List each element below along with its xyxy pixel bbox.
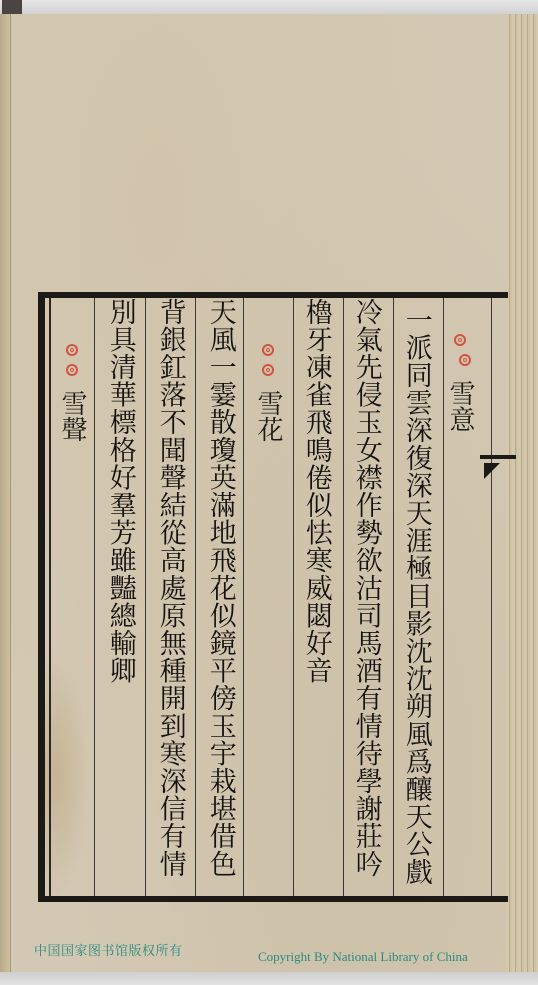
red-circle-icon bbox=[454, 334, 466, 346]
column-rule bbox=[293, 298, 294, 896]
scanner-top-strip bbox=[0, 0, 538, 14]
copyright-cn: 中国国家图书馆版权所有 bbox=[34, 940, 183, 959]
red-circle-marks bbox=[262, 340, 274, 380]
verse-column: 櫓牙凍雀飛鳴倦似怯寒威閟好音 bbox=[296, 298, 336, 684]
column-rule bbox=[94, 298, 95, 896]
title-text: 雪聲 bbox=[57, 390, 87, 442]
verse-column: 一派同雲深復深天涯極目影沈沈朔風爲釀天公戲 bbox=[396, 306, 436, 886]
column-rule bbox=[145, 298, 146, 896]
column-rule bbox=[195, 298, 196, 896]
column-rule bbox=[393, 298, 394, 896]
copyright-en: Copyright By National Library of China bbox=[258, 949, 468, 965]
verse-text: 櫓牙凍雀飛鳴倦似怯寒威閟好音 bbox=[302, 298, 330, 684]
verse-column: 背銀釭落不聞聲結從高處原無種開到寒深信有情 bbox=[150, 298, 190, 878]
verse-text: 背銀釭落不聞聲結從高處原無種開到寒深信有情 bbox=[156, 298, 184, 878]
inner-border-line bbox=[49, 298, 51, 896]
scanner-bottom-strip bbox=[0, 972, 538, 985]
red-circle-icon bbox=[459, 354, 471, 366]
poem-title-xueyi: 雪意 bbox=[440, 330, 480, 432]
fishtail-triangle bbox=[484, 463, 500, 479]
red-circle-icon bbox=[66, 344, 78, 356]
fishtail-marker bbox=[480, 455, 516, 495]
poem-title-xuehua: 雪花 bbox=[248, 340, 288, 442]
column-rule bbox=[243, 298, 244, 896]
verse-text: 冷氣先侵玉女襟作勢欲沽司馬酒有情待學謝莊吟 bbox=[352, 298, 380, 878]
verse-column: 天風一霎散瓊英滿地飛花似鏡平傍玉宇栽堪借色 bbox=[200, 298, 240, 878]
red-circle-icon bbox=[66, 364, 78, 376]
red-circle-marks bbox=[66, 340, 78, 380]
verse-text: 一派同雲深復深天涯極目影沈沈朔風爲釀天公戲 bbox=[402, 306, 430, 886]
left-page-edge bbox=[0, 14, 11, 974]
scanner-corner bbox=[2, 0, 22, 14]
title-text: 雪花 bbox=[253, 390, 283, 442]
verse-column: 別具清華標格好羣芳雖豔總輸卿 bbox=[100, 298, 140, 684]
poem-title-xuesheng: 雪聲 bbox=[52, 340, 92, 442]
red-circle-marks bbox=[449, 330, 471, 370]
verse-text: 別具清華標格好羣芳雖豔總輸卿 bbox=[106, 298, 134, 684]
red-circle-icon bbox=[262, 364, 274, 376]
verse-column: 冷氣先侵玉女襟作勢欲沽司馬酒有情待學謝莊吟 bbox=[346, 298, 386, 878]
column-rule bbox=[491, 298, 492, 896]
red-circle-icon bbox=[262, 344, 274, 356]
title-text: 雪意 bbox=[445, 380, 475, 432]
verse-text: 天風一霎散瓊英滿地飛花似鏡平傍玉宇栽堪借色 bbox=[206, 298, 234, 878]
column-rule bbox=[343, 298, 344, 896]
